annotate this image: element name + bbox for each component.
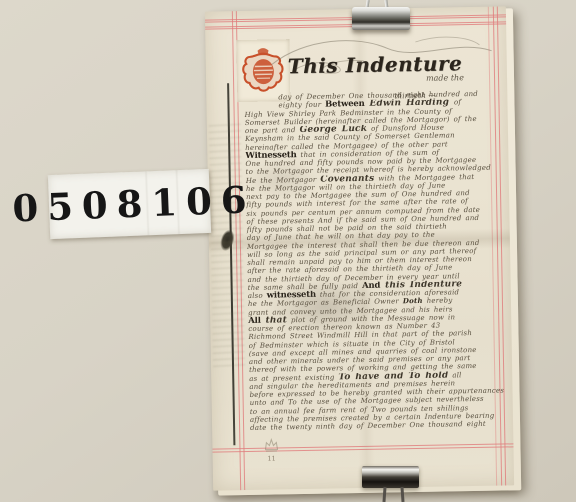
catalog-label: 0508106 — [48, 169, 211, 239]
clip-body — [352, 7, 410, 30]
ink-smudge — [245, 158, 321, 201]
handwriting-text: of — [454, 98, 461, 106]
handwriting-text: hereby — [423, 297, 453, 306]
top-binder-clip — [352, 0, 410, 32]
manuscript-body: day of December One thousand eight hundr… — [244, 90, 506, 433]
clip-wire — [382, 487, 386, 502]
handwriting-text: all — [448, 371, 461, 379]
clip-body — [362, 466, 419, 488]
emphasized-text: Doth — [403, 296, 423, 305]
made-the-text: made the — [426, 73, 464, 83]
crown-watermark-icon — [262, 437, 280, 453]
ink-smudge — [268, 277, 384, 337]
folio-number: 11 — [263, 454, 281, 462]
bottom-binder-clip — [362, 462, 419, 502]
parchment-page: This Indenture made the thirtieth — day … — [205, 6, 514, 490]
indenture-document: This Indenture made the thirtieth — day … — [205, 6, 514, 490]
bleed-through-writing — [209, 118, 245, 370]
clip-wire — [400, 487, 404, 502]
handwriting-text: also — [248, 292, 267, 300]
catalog-number: 0508106 — [3, 181, 256, 228]
wall-background: 0508106 — [0, 0, 576, 502]
emphasized-text: All — [248, 315, 261, 324]
